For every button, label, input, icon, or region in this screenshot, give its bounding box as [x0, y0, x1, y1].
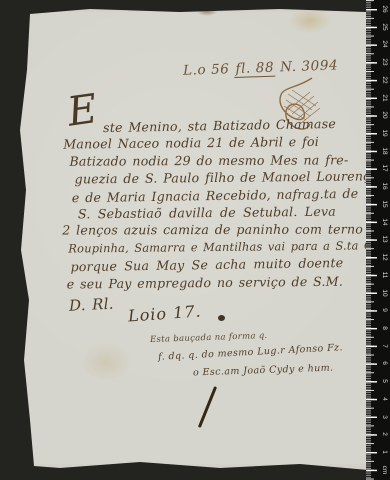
ruler-label: 8: [380, 321, 388, 335]
ruler-label: 19: [380, 126, 388, 140]
scan-stage: L.o 56fl. 88N. 3094 E ste Menino, sta Ba…: [0, 0, 390, 480]
ruler-label: 12: [380, 250, 388, 264]
signature-pen-stroke: [198, 386, 217, 428]
ruler-label: 26: [380, 2, 388, 16]
ruler-label: 20: [380, 108, 388, 122]
ruler-label: 3: [380, 410, 388, 424]
ink-blot: [218, 315, 225, 321]
ruler-label: 9: [380, 303, 388, 317]
manuscript-paper: L.o 56fl. 88N. 3094 E ste Menino, sta Ba…: [0, 0, 368, 480]
cm-ruler: 2625242322212019181716151413121110987654…: [366, 0, 390, 480]
signature-line-1: f. dq. q. do mesmo Lug.r Afonso Fz.: [158, 342, 343, 363]
manuscript-line: Batizado nodia 29 do mesmo Mes na fre-: [69, 151, 365, 170]
ruler-label: 2: [380, 427, 388, 441]
ruler-label: 15: [380, 197, 388, 211]
ruler-label: 14: [380, 215, 388, 229]
signature-line-2: o Esc.am Joaõ Cydy e hum.: [193, 363, 334, 379]
ruler-label: 13: [380, 232, 388, 246]
paper-stain: [80, 342, 132, 382]
ruler-label: 5: [380, 374, 388, 388]
paper-edge-speck: [196, 6, 218, 16]
ruler-label: 4: [380, 392, 388, 406]
ruler-label: 22: [380, 73, 388, 87]
book-number: L.o 56: [183, 61, 230, 79]
manuscript-body: ste Menino, sta Batizado Chamase Manoel …: [61, 115, 367, 310]
registry-number: N. 3094: [280, 57, 339, 75]
paper-stain: [288, 8, 332, 34]
ruler-label: 17: [380, 161, 388, 175]
ruler-label: cm: [380, 463, 388, 477]
ruler-label: 7: [380, 339, 388, 353]
ruler-label: 21: [380, 91, 388, 105]
ruler-label: 10: [380, 286, 388, 300]
ruler-label: 16: [380, 179, 388, 193]
ruler-label: 23: [380, 55, 388, 69]
ruler-label: 24: [380, 37, 388, 51]
ruler-label: 6: [380, 356, 388, 370]
ruler-label: 25: [380, 20, 388, 34]
manuscript-line: 2 lenços azuis camiza de paninho com ter…: [62, 221, 366, 239]
date-line: Loio 17.: [127, 301, 202, 325]
ruler-label: 1: [380, 445, 388, 459]
attestation-line: Esta bauçada na forma q.: [150, 331, 268, 345]
ruler-label: 18: [380, 144, 388, 158]
ruler-label: 11: [380, 268, 388, 282]
